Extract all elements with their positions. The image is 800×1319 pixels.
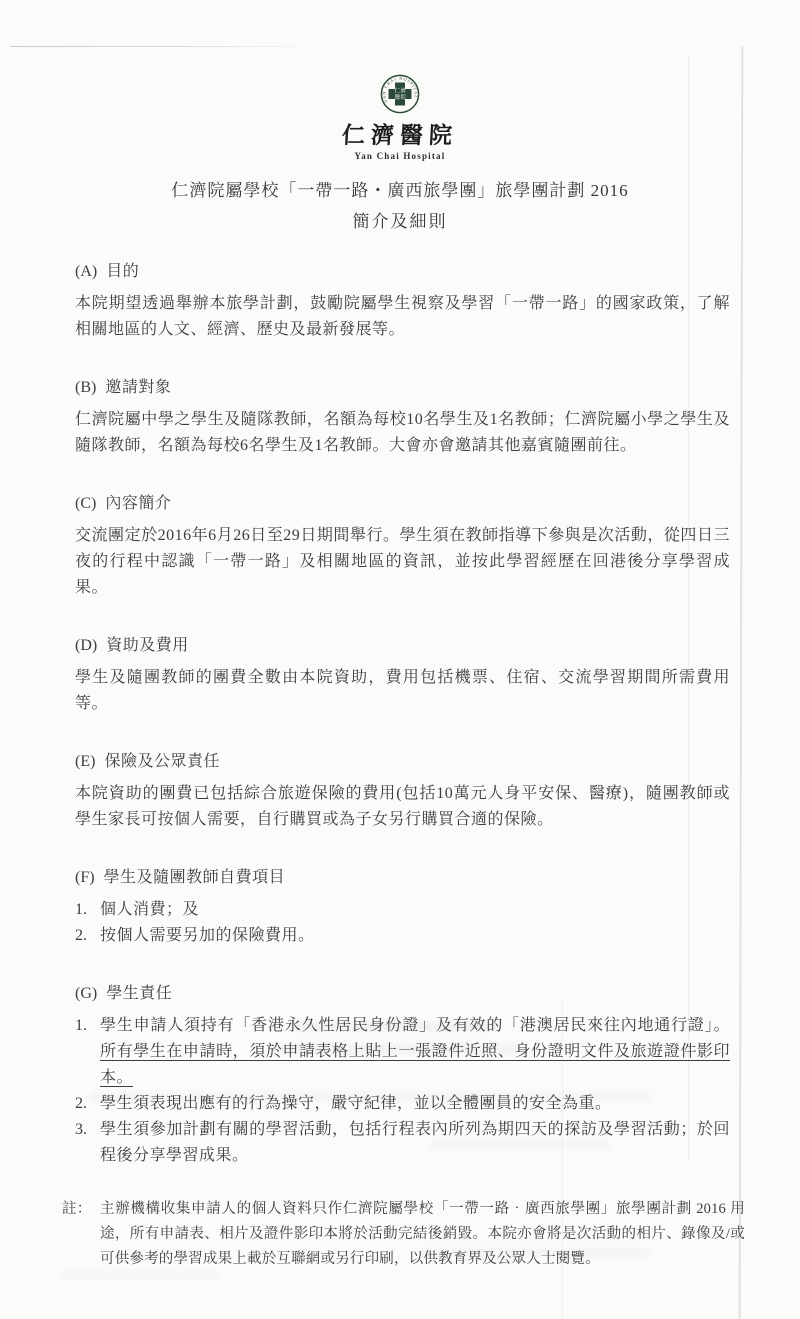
section-f-self-paid-items: (F)學生及隨團教師自費項目 1. 個人消費；及 2. 按個人需要另加的保險費用… xyxy=(75,865,730,949)
hospital-name-chinese: 仁濟醫院 xyxy=(0,117,800,150)
list-item-number: 1. xyxy=(75,897,100,923)
document-header: YAN CHAI HOSPITAL 仁 濟 醫 院 仁濟醫院 Yan Chai … xyxy=(0,0,800,232)
section-heading: (F)學生及隨團教師自費項目 xyxy=(75,865,730,891)
scan-bleed-artifact xyxy=(90,1092,650,1102)
scan-bleed-artifact xyxy=(60,1270,220,1279)
document-title: 仁濟院屬學校「一帶一路・廣西旅學團」旅學團計劃 2016 xyxy=(0,176,800,201)
list-item-number: 2. xyxy=(75,923,100,949)
section-paragraph: 仁濟院屬中學之學生及隨隊教師，名額為每校10名學生及1名教師；仁濟院屬小學之學生… xyxy=(75,407,730,459)
scan-bleed-artifact xyxy=(420,1248,650,1257)
section-paragraph: 交流團定於2016年6月26日至29日期間舉行。學生須在教師指導下參與是次活動，… xyxy=(75,523,730,601)
section-heading: (A)目的 xyxy=(75,259,730,285)
scan-crease-artifact xyxy=(562,1000,563,1319)
section-title: 內容簡介 xyxy=(105,495,171,512)
footnote: 註： 主辦機構收集申請人的個人資料只作仁濟院屬學校「一帶一路‧廣西旅學團」旅學團… xyxy=(62,1197,745,1272)
list-item: 3. 學生須參加計劃有關的學習活動，包括行程表內所列為期四天的探訪及學習活動；於… xyxy=(75,1117,730,1169)
document-body: (A)目的 本院期望透過舉辦本旅學計劃，鼓勵院屬學生視察及學習「一帶一路」的國家… xyxy=(75,259,730,1169)
section-title: 目的 xyxy=(106,263,139,280)
section-label: (G) xyxy=(75,985,97,1002)
footnote-text: 主辦機構收集申請人的個人資料只作仁濟院屬學校「一帶一路‧廣西旅學團」旅學團計劃 … xyxy=(100,1197,745,1272)
list-item-text: 學生須參加計劃有關的學習活動，包括行程表內所列為期四天的探訪及學習活動；於回程後… xyxy=(100,1117,730,1169)
section-label: (B) xyxy=(75,379,96,396)
section-g-student-responsibilities: (G)學生責任 1. 學生申請人須持有「香港永久性居民身份證」及有效的「港澳居民… xyxy=(75,981,730,1169)
scan-bleed-artifact xyxy=(430,1140,610,1149)
list-item-text: 按個人需要另加的保險費用。 xyxy=(100,923,730,949)
section-a-purpose: (A)目的 本院期望透過舉辦本旅學計劃，鼓勵院屬學生視察及學習「一帶一路」的國家… xyxy=(75,259,730,343)
scan-line-artifact xyxy=(688,55,689,1160)
section-title: 學生責任 xyxy=(106,985,172,1002)
section-label: (C) xyxy=(75,495,96,512)
section-label: (E) xyxy=(75,753,95,770)
scan-bleed-artifact xyxy=(290,1022,500,1031)
section-heading: (B)邀請對象 xyxy=(75,375,730,401)
section-title: 保險及公眾責任 xyxy=(104,753,220,770)
section-paragraph: 本院期望透過舉辦本旅學計劃，鼓勵院屬學生視察及學習「一帶一路」的國家政策，了解相… xyxy=(75,291,730,343)
footnote-label: 註： xyxy=(62,1197,100,1272)
scan-edge-artifact xyxy=(739,46,744,1319)
scan-line-artifact xyxy=(10,46,320,47)
section-heading: (C)內容簡介 xyxy=(75,491,730,517)
svg-text:院: 院 xyxy=(400,93,406,101)
section-label: (A) xyxy=(75,263,97,280)
list-item-text: 個人消費；及 xyxy=(100,897,730,923)
list-item: 2. 按個人需要另加的保險費用。 xyxy=(75,923,730,949)
list-item-number: 3. xyxy=(75,1117,100,1169)
hospital-seal-icon: YAN CHAI HOSPITAL 仁 濟 醫 院 xyxy=(0,74,800,114)
section-c-overview: (C)內容簡介 交流團定於2016年6月26日至29日期間舉行。學生須在教師指導… xyxy=(75,491,730,601)
section-heading: (D)資助及費用 xyxy=(75,633,730,659)
section-heading: (G)學生責任 xyxy=(75,981,730,1007)
scanned-document-page: YAN CHAI HOSPITAL 仁 濟 醫 院 仁濟醫院 Yan Chai … xyxy=(0,0,800,1319)
scan-bleed-artifact xyxy=(270,1044,520,1054)
section-paragraph: 學生及隨團教師的團費全數由本院資助，費用包括機票、住宿、交流學習期間所需費用等。 xyxy=(75,665,730,717)
hospital-name-english: Yan Chai Hospital xyxy=(0,151,800,161)
section-b-invitees: (B)邀請對象 仁濟院屬中學之學生及隨隊教師，名額為每校10名學生及1名教師；仁… xyxy=(75,375,730,459)
section-d-funding: (D)資助及費用 學生及隨團教師的團費全數由本院資助，費用包括機票、住宿、交流學… xyxy=(75,633,730,717)
section-label: (F) xyxy=(75,869,95,886)
section-title: 邀請對象 xyxy=(105,379,171,396)
svg-text:濟: 濟 xyxy=(400,87,406,95)
section-e-insurance: (E)保險及公眾責任 本院資助的團費已包括綜合旅遊保險的費用(包括10萬元人身平… xyxy=(75,749,730,833)
section-label: (D) xyxy=(75,637,97,654)
list-item: 1. 個人消費；及 xyxy=(75,897,730,923)
section-title: 資助及費用 xyxy=(106,637,189,654)
section-title: 學生及隨團教師自費項目 xyxy=(104,869,286,886)
document-subtitle: 簡介及細則 xyxy=(0,207,800,232)
section-heading: (E)保險及公眾責任 xyxy=(75,749,730,775)
list-item-number: 1. xyxy=(75,1013,100,1091)
section-paragraph: 本院資助的團費已包括綜合旅遊保險的費用(包括10萬元人身平安保、醫療)，隨團教師… xyxy=(75,781,730,833)
